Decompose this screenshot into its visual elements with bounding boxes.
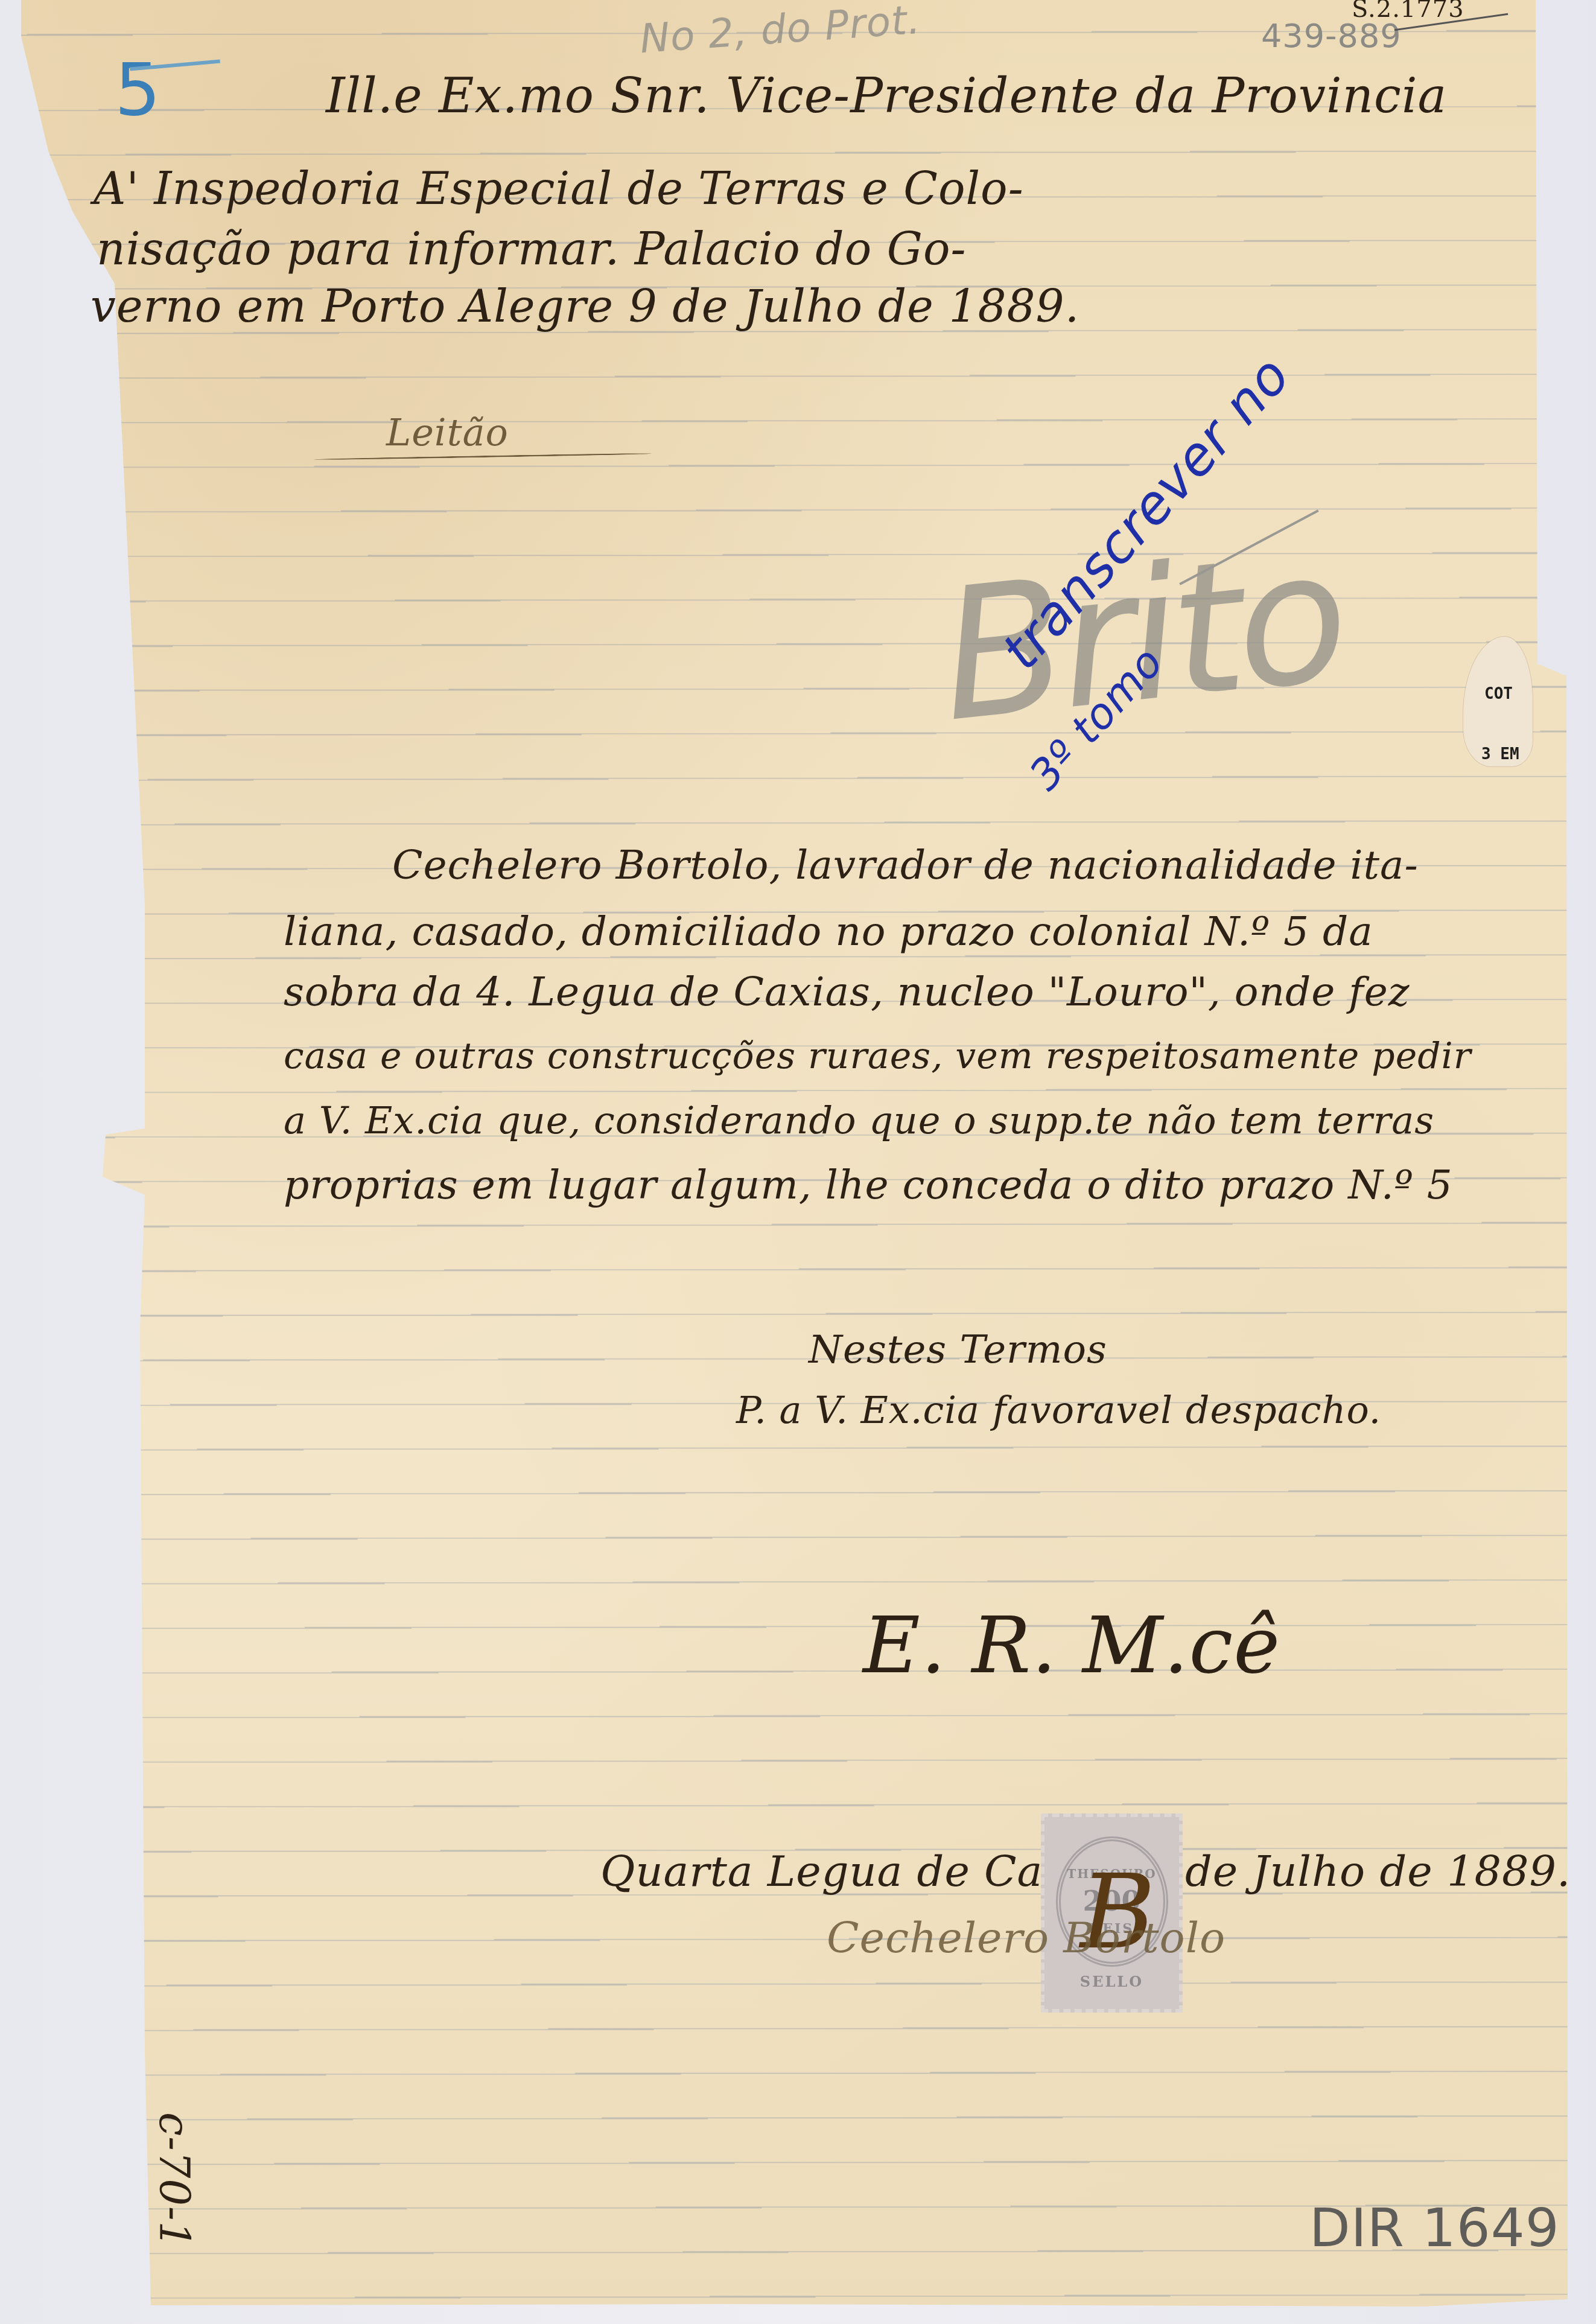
document-page <box>0 0 1569 2308</box>
petition-line-1: Cechelero Bortolo, lavrador de nacionali… <box>392 842 1419 888</box>
blue-margin-mark: 5 <box>115 48 161 132</box>
left-margin-note: c-70-1 <box>150 2112 199 2249</box>
ruled-lines <box>0 0 1569 2308</box>
petition-line-2: liana, casado, domiciliado no prazo colo… <box>284 908 1373 955</box>
despacho-line-2: A' Inspedoria Especial de Terras e Colo- <box>94 163 1024 215</box>
petition-line-5: a V. Ex.cia que, considerando que o supp… <box>284 1098 1434 1142</box>
despacho-line-3: nisação para informar. Palacio do Go- <box>97 223 966 275</box>
petition-line-6: proprias em lugar algum, lhe conceda o d… <box>284 1162 1453 1208</box>
archive-code: DIR 1649 <box>1309 2197 1560 2259</box>
closing-favoravel-despacho: P. a V. Ex.cia favoravel despacho. <box>736 1388 1381 1432</box>
petition-line-4: casa e outras construcções ruraes, vem r… <box>284 1035 1472 1077</box>
erm-abbreviation: E. R. M.cê <box>863 1599 1280 1691</box>
closing-nestes-termos: Nestes Termos <box>809 1328 1107 1372</box>
despacho-signature: Leitão <box>386 410 509 454</box>
petitioner-signature: Cechelero Bortolo <box>827 1913 1226 1963</box>
despacho-line-1: Ill.e Ex.mo Snr. Vice-Presidente da Prov… <box>326 68 1447 124</box>
despacho-line-4: verno em Porto Alegre 9 de Julho de 1889… <box>91 281 1079 333</box>
label-bottom-text: 3 EM <box>1481 745 1519 763</box>
label-top-text: COT <box>1484 685 1513 703</box>
pencil-number: 439-889 <box>1261 17 1402 55</box>
stamp-bottom-text: SELLO <box>1080 1973 1143 1990</box>
petition-line-3: sobra da 4. Legua de Caxias, nucleo "Lou… <box>284 969 1410 1015</box>
